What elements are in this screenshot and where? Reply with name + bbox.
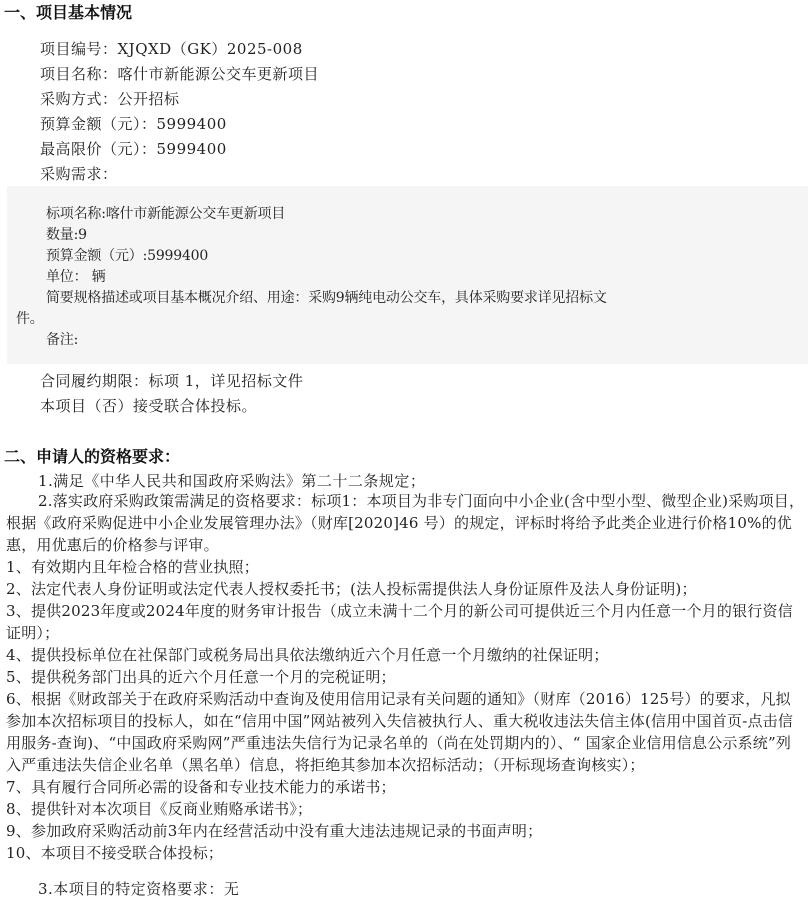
section-2-title: 二、申请人的资格要求：: [4, 444, 180, 467]
requirement-item: 9、参加政府采购活动前3年内在经营活动中没有重大违法违规记录的书面声明；: [6, 820, 806, 842]
requirement-item: 1.满足《中华人民共和国政府采购法》第二十二条规定；: [38, 470, 425, 491]
lot-name: 标项名称:喀什市新能源公交车更新项目: [46, 203, 285, 223]
requirement-item: 3.本项目的特定资格要求：无: [38, 878, 239, 899]
max-price: 最高限价（元）：5999400: [40, 138, 227, 159]
lot-remark: 备注:: [46, 329, 78, 349]
requirement-item: 2.落实政府采购政策需满足的资格要求：标项1：本项目为非专门面向中小企业(含中型…: [6, 490, 806, 556]
requirement-item: 3、提供2023年度或2024年度的财务审计报告（成立未满十二个月的新公司可提供…: [6, 600, 806, 644]
requirement-item: 10、本项目不接受联合体投标；: [6, 842, 806, 864]
lot-description-cont: 件。: [16, 308, 44, 328]
requirement-item: 8、提供针对本次项目《反商业贿赂承诺书》；: [6, 798, 806, 820]
requirement-item: 4、提供投标单位在社保部门或税务局出具依法缴纳近六个月任意一个月缴纳的社保证明；: [6, 644, 806, 666]
requirement-label: 采购需求：: [40, 163, 118, 184]
requirement-item: 5、提供税务部门出具的近六个月任意一个月的完税证明；: [6, 666, 806, 688]
lot-budget: 预算金额（元）:5999400: [46, 245, 208, 265]
section-1-title: 一、项目基本情况: [4, 0, 132, 23]
contract-period: 合同履约期限：标项 1，详见招标文件: [40, 370, 303, 391]
budget-amount: 预算金额（元）：5999400: [40, 113, 227, 134]
lot-quantity: 数量:9: [46, 224, 87, 244]
consortium-note: 本项目（否）接受联合体投标。: [40, 395, 257, 416]
project-name: 项目名称：喀什市新能源公交车更新项目: [40, 63, 319, 84]
lot-unit: 单位： 辆: [46, 266, 105, 286]
requirement-item: 7、具有履行合同所必需的设备和专业技术能力的承诺书；: [6, 776, 806, 798]
project-number: 项目编号：XJQXD（GK）2025-008: [40, 38, 303, 59]
lot-description: 简要规格描述或项目基本概况介绍、用途：采购9辆纯电动公交车，具体采购要求详见招标…: [46, 287, 607, 307]
requirement-item: 1、有效期内且年检合格的营业执照；: [6, 556, 806, 578]
requirement-item: 2、法定代表人身份证明或法定代表人授权委托书；(法人投标需提供法人身份证原件及法…: [6, 578, 806, 600]
procurement-method: 采购方式：公开招标: [40, 88, 180, 109]
requirement-item: 6、根据《财政部关于在政府采购活动中查询及使用信用记录有关问题的通知》（财库（2…: [6, 688, 806, 776]
